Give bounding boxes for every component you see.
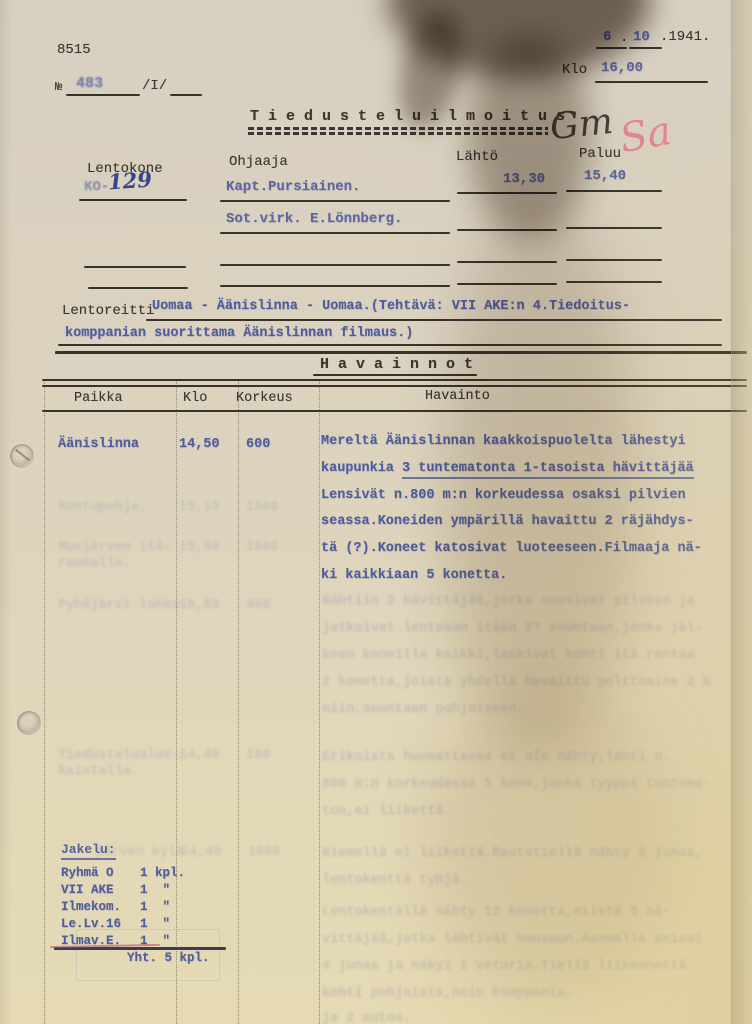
ghost-text: Niemellä ei liikettä.Rautatiellä nähty 2… <box>322 846 703 861</box>
field-label-pilot: Ohjaaja <box>229 154 288 170</box>
field-line <box>220 200 450 202</box>
time-value: 16,00 <box>601 60 643 76</box>
field-line <box>220 264 450 266</box>
page-edge <box>731 0 752 1024</box>
field-line <box>84 266 186 268</box>
title-double-underline <box>248 127 548 130</box>
date-year: .1941. <box>660 29 710 45</box>
handwritten-initials: Gm <box>548 101 615 148</box>
distribution-total-line <box>54 947 226 950</box>
distribution-recipient: VII AKE <box>61 883 114 897</box>
pilot-name-2: Sot.virk. E.Lönnberg. <box>226 211 402 227</box>
field-line <box>220 285 450 287</box>
ghost-text: Tiedustelualue- <box>58 748 180 763</box>
ghost-text: 4 junaa ja näkyi 2 veturia.Tiellä liiken… <box>322 959 687 974</box>
section-divider-line <box>55 351 747 354</box>
underline <box>596 47 627 49</box>
ghost-text: vittäjää,jotka lähtivät nousuun.Asemalla… <box>322 932 703 947</box>
departure-time: 13,30 <box>503 171 545 187</box>
warm-light-gradient <box>332 0 752 1024</box>
underline <box>66 94 140 96</box>
field-line <box>457 192 557 194</box>
ghost-text: Lentokentällä nähty 12 konetta,niistä 5 … <box>322 905 670 920</box>
date-month: 10 <box>633 29 650 45</box>
pilot-name-1: Kapt.Pursiainen. <box>226 179 360 195</box>
time-label: Klo <box>562 62 587 78</box>
column-header-time: Klo <box>183 391 207 406</box>
ghost-text: Pyhäjärvi lohko <box>58 598 180 613</box>
table-column-separator <box>176 379 177 1024</box>
ghost-text: ja 2 autoa. <box>322 1011 411 1024</box>
distribution-recipient: Ilmekom. <box>61 900 121 914</box>
distribution-total: Yht. 5 kpl. <box>127 951 210 965</box>
observation-line: Lensivät n.800 m:n korkeudessa osaksi pi… <box>321 488 686 503</box>
ghost-text: niin,suuntaan pohjoiseen. <box>322 702 525 717</box>
observation-line: kaupunkia 3 tuntematonta 1-tasoista hävi… <box>321 461 694 476</box>
distribution-qty: 1 " <box>140 883 170 897</box>
field-label-return: Paluu <box>579 146 621 162</box>
column-header-observation: Havainto <box>425 389 490 404</box>
underline <box>595 81 708 83</box>
punch-hole <box>17 711 41 735</box>
ghost-text: Munjärven itä- <box>58 540 171 555</box>
observation-text-underlined: 3 tuntematonta 1-tasoista hävittäjää <box>402 461 694 479</box>
page-edge <box>0 0 12 1024</box>
row-altitude: 600 <box>246 437 270 452</box>
column-header-place: Paikka <box>74 391 123 406</box>
aircraft-code-handwritten: 129 <box>107 167 152 195</box>
column-header-altitude: Korkeus <box>236 391 293 406</box>
punch-hole <box>10 444 34 468</box>
field-line <box>457 229 557 231</box>
date-separator: . <box>620 30 628 46</box>
field-line <box>220 232 450 234</box>
ghost-text: lentokenttä tyhjä. <box>322 873 468 888</box>
distribution-recipient: Le.Lv.16 <box>61 917 121 931</box>
table-column-separator <box>319 379 320 1024</box>
ghost-text: Nähtiin 2 hävittäjää,jotka nousivat pilv… <box>322 594 695 609</box>
title-double-underline <box>248 132 548 135</box>
route-line-1: Uomaa - Äänislinna - Uomaa.(Tehtävä: VII… <box>152 299 630 314</box>
camera-shadow <box>430 680 670 1000</box>
route-label: Lentoreitti <box>62 303 154 319</box>
ghost-text: 800 m:n korkeudessa 1 kone,jonka tyyppi … <box>322 777 711 792</box>
ghost-text: ton,ei liikettä. <box>322 804 452 819</box>
pen-slash <box>15 449 30 461</box>
field-label-departure: Lähtö <box>456 149 498 165</box>
date-day: 6 <box>603 29 611 45</box>
field-line <box>79 199 187 201</box>
observations-heading: H a v a i n n o t <box>320 356 473 373</box>
route-underline <box>58 344 722 346</box>
observation-line: tä (?).Koneet katosivat luoteeseen.Filma… <box>321 541 702 556</box>
route-underline <box>146 319 722 321</box>
ghost-text: 2 konetta,joista yhdellä havaittu poltto… <box>322 675 711 690</box>
ghost-text: 100 <box>246 748 270 763</box>
ghost-text: 15,50 <box>179 540 220 555</box>
table-border-left <box>44 379 45 1024</box>
heading-underline <box>313 374 477 376</box>
underline <box>629 47 662 49</box>
ghost-text: Erikoista huomattavaa ei ole nähty,lähti… <box>322 750 670 765</box>
observation-line: seassa.Koneiden ympärillä havaittu 2 räj… <box>321 514 694 529</box>
aircraft-code-typed: KO- <box>84 179 109 195</box>
doc-number-sign: № <box>55 80 62 94</box>
field-line <box>566 259 662 261</box>
table-top-line <box>42 379 747 381</box>
ghost-text: 14,45 <box>179 748 220 763</box>
return-time: 15,40 <box>584 168 626 184</box>
doc-number-value: 483 <box>76 75 103 92</box>
field-line <box>566 227 662 229</box>
row-place: Äänislinna <box>58 437 139 452</box>
ghost-text: keen koneilla kaikki,laskivat kohti itä … <box>322 648 695 663</box>
distribution-qty: 1 " <box>140 900 170 914</box>
ghost-text: 400 <box>246 598 270 613</box>
underline <box>170 94 202 96</box>
doc-number-suffix: /I/ <box>142 78 167 94</box>
scanned-document-page: Kontupohja, 15,15 1500 Munjärven itä- ra… <box>0 0 752 1024</box>
ghost-text: 15,15 <box>179 500 220 515</box>
route-line-2: komppanian suorittama Äänislinnan filmau… <box>65 326 413 341</box>
ghost-text: 14,45 <box>181 845 222 860</box>
observation-line: ki kaikkiaan 5 konetta. <box>321 568 507 583</box>
ghost-text: kohti pohjoista,noin komppania. <box>322 986 573 1001</box>
distribution-qty: 1 " <box>140 917 170 931</box>
distribution-label: Jakelu: <box>61 842 116 860</box>
ghost-text: 1500 <box>246 500 278 515</box>
page-title: T i e d u s t e l u i l m o i t u s <box>250 108 565 125</box>
handwritten-red-mark: Sa <box>616 108 674 162</box>
ghost-text: Kontupohja, <box>58 500 147 515</box>
field-line <box>457 283 557 285</box>
table-column-separator <box>238 379 239 1024</box>
table-header-underline <box>42 410 747 412</box>
observation-text: kaupunkia <box>321 461 402 476</box>
row-time: 14,50 <box>179 437 220 452</box>
field-line <box>566 190 662 192</box>
table-top-line <box>42 385 747 387</box>
field-line <box>88 287 188 289</box>
observation-line: Mereltä Äänislinnan kaakkoispuolelta läh… <box>321 434 686 449</box>
ghost-text: kaistalla. <box>58 764 139 779</box>
field-line <box>457 261 557 263</box>
ghost-text: 1000 <box>248 845 280 860</box>
field-line <box>566 281 662 283</box>
ghost-text: 1500 <box>246 540 278 555</box>
distribution-qty: 1 " <box>140 934 170 948</box>
document-serial: 8515 <box>57 42 91 58</box>
distribution-qty: 1 kpl. <box>140 866 185 880</box>
distribution-recipient: Ryhmä O <box>61 866 114 880</box>
ghost-text: jatkoivat lentoaan itään 2? suuntaan,jon… <box>322 621 703 636</box>
ghost-text: 15,55 <box>179 598 220 613</box>
ghost-text: rannalla. <box>58 556 131 571</box>
